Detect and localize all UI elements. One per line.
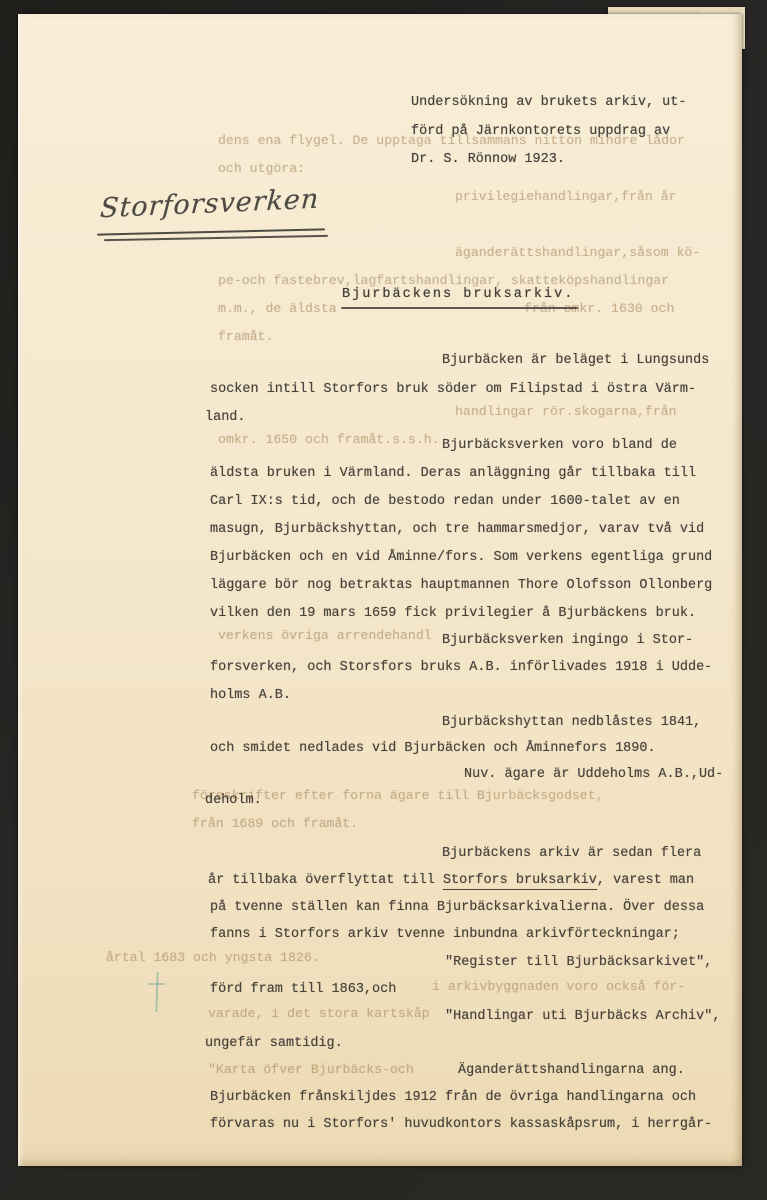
paper-page (18, 14, 742, 1166)
